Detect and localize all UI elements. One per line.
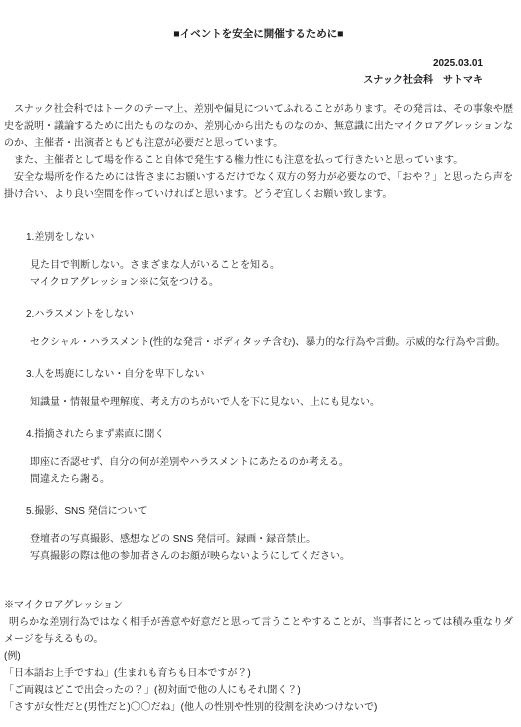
intro: スナック社会科ではトークのテーマ上、差別や偏見についてふれることがあります。その… — [4, 101, 513, 203]
rule-line: 間違えたら謝る。 — [30, 471, 513, 488]
example-line: 「ご両親はどこで出会ったの？」(初対面で他の人にもそれ聞く？) — [4, 682, 513, 699]
rule-line: マイクロアグレッション※に気をつける。 — [30, 274, 513, 291]
rule-item: 3.人を馬鹿にしない・自分を卑下しない知識量・情報量や理解度、考え方のちがいで人… — [26, 366, 513, 411]
rule-heading: 1.差別をしない — [26, 229, 513, 246]
rule-line: セクシャル・ハラスメント(性的な発言・ボディタッチ含む)、暴力的な行為や言動。示… — [30, 334, 513, 351]
intro-paragraph: スナック社会科ではトークのテーマ上、差別や偏見についてふれることがあります。その… — [4, 101, 513, 152]
rule-body: 即座に否認せず、自分の何が差別やハラスメントにあたるのか考える。間違えたら謝る。 — [26, 454, 513, 488]
rule-item: 1.差別をしない見た目で判断しない。さまざまな人がいることを知る。マイクロアグレ… — [26, 229, 513, 291]
rules-list: 1.差別をしない見た目で判断しない。さまざまな人がいることを知る。マイクロアグレ… — [4, 229, 513, 565]
footnote: ※マイクロアグレッション 明らかな差別行為ではなく相手が善意や好意だと思って言う… — [4, 597, 513, 716]
rule-item: 5.撮影、SNS 発信について登壇者の写真撮影、感想などの SNS 発信可。録画… — [26, 503, 513, 565]
document-author: スナック社会科 サトマキ — [4, 72, 483, 89]
document-page: ■イベントを安全に開催するために■ 2025.03.01 スナック社会科 サトマ… — [0, 0, 521, 727]
rule-body: セクシャル・ハラスメント(性的な発言・ボディタッチ含む)、暴力的な行為や言動。示… — [26, 334, 513, 351]
example-label: (例) — [4, 648, 513, 665]
footnote-description: 明らかな差別行為ではなく相手が善意や好意だと思って言うことやすることが、当事者に… — [4, 614, 513, 648]
footnote-heading: ※マイクロアグレッション — [4, 597, 513, 614]
byline-block: 2025.03.01 スナック社会科 サトマキ — [4, 55, 513, 89]
example-line: 「日本語お上手ですね」(生まれも育ちも日本ですが？) — [4, 665, 513, 682]
rule-heading: 4.指摘されたらまず素直に聞く — [26, 426, 513, 443]
document-date: 2025.03.01 — [4, 55, 483, 72]
rule-line: 知識量・情報量や理解度、考え方のちがいで人を下に見ない、上にも見ない。 — [30, 394, 513, 411]
document-title: ■イベントを安全に開催するために■ — [4, 26, 513, 43]
rule-body: 知識量・情報量や理解度、考え方のちがいで人を下に見ない、上にも見ない。 — [26, 394, 513, 411]
intro-paragraph: 安全な場所を作るためには皆さまにお願いするだけでなく双方の努力が必要なので、「お… — [4, 169, 513, 203]
example-list: 「日本語お上手ですね」(生まれも育ちも日本ですが？)「ご両親はどこで出会ったの？… — [4, 665, 513, 716]
rule-heading: 5.撮影、SNS 発信について — [26, 503, 513, 520]
rule-item: 2.ハラスメントをしないセクシャル・ハラスメント(性的な発言・ボディタッチ含む)… — [26, 306, 513, 351]
rule-line: 見た目で判断しない。さまざまな人がいることを知る。 — [30, 257, 513, 274]
rule-item: 4.指摘されたらまず素直に聞く即座に否認せず、自分の何が差別やハラスメントにあた… — [26, 426, 513, 488]
rule-body: 見た目で判断しない。さまざまな人がいることを知る。マイクロアグレッション※に気を… — [26, 257, 513, 291]
rule-line: 即座に否認せず、自分の何が差別やハラスメントにあたるのか考える。 — [30, 454, 513, 471]
example-line: 「さすが女性だと(男性だと)〇〇だね」(他人の性別や性別的役割を決めつけないで) — [4, 699, 513, 716]
rule-body: 登壇者の写真撮影、感想などの SNS 発信可。録画・録音禁止。写真撮影の際は他の… — [26, 531, 513, 565]
rule-line: 登壇者の写真撮影、感想などの SNS 発信可。録画・録音禁止。 — [30, 531, 513, 548]
rule-heading: 3.人を馬鹿にしない・自分を卑下しない — [26, 366, 513, 383]
rule-heading: 2.ハラスメントをしない — [26, 306, 513, 323]
intro-paragraph: また、主催者として場を作ること自体で発生する権力性にも注意を払って行きたいと思っ… — [4, 152, 513, 169]
rule-line: 写真撮影の際は他の参加者さんのお顔が映らないようにしてください。 — [30, 548, 513, 565]
